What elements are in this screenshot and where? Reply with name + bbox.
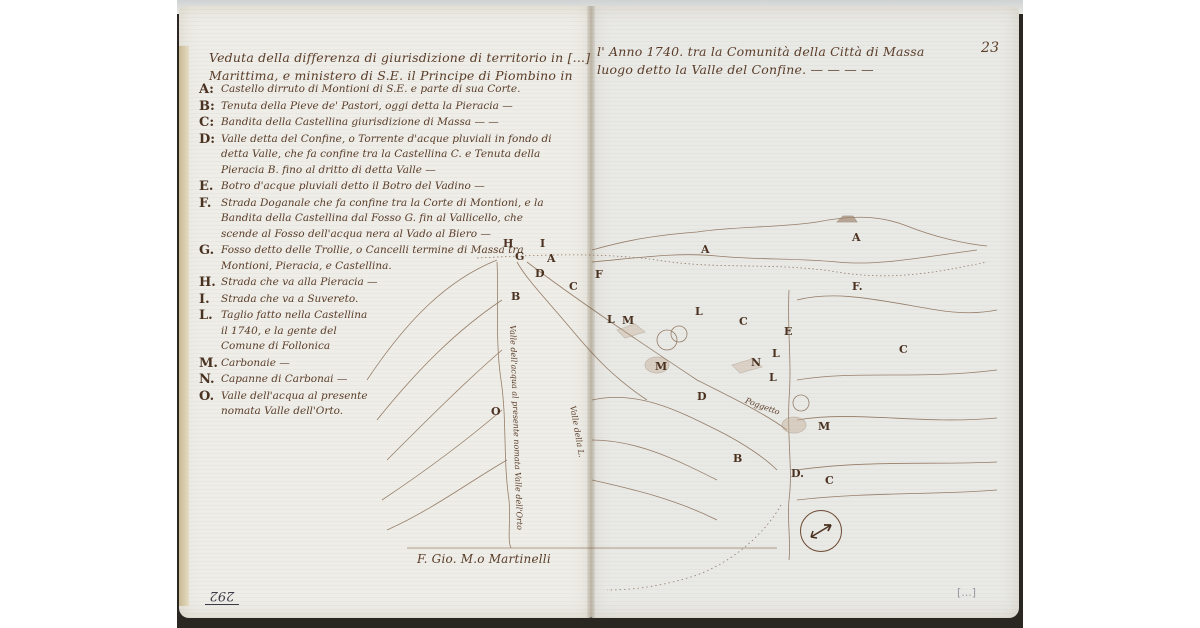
legend-item: E. Botro d'acque pluviali detto il Botro… <box>199 179 559 195</box>
legend-item: D: Valle detta del Confine, o Torrente d… <box>199 132 559 179</box>
legend-key: L. <box>199 308 221 323</box>
map-label-L1: L <box>772 347 780 360</box>
map-label-O: O <box>491 405 501 418</box>
compass-rose <box>800 510 842 552</box>
legend-item: B: Tenuta della Pieve de' Pastori, oggi … <box>199 99 559 115</box>
legend-key: C: <box>199 115 221 130</box>
legend-text: Valle detta del Confine, o Torrente d'ac… <box>221 132 559 179</box>
header-line-1-left: Veduta della differenza di giurisdizione… <box>209 50 590 65</box>
legend-text: Bandita della Castellina giurisdizione d… <box>221 115 499 131</box>
legend-item: C: Bandita della Castellina giurisdizion… <box>199 115 559 131</box>
map-label-D-low: D. <box>791 467 804 480</box>
legend-text: Tenuta della Pieve de' Pastori, oggi det… <box>221 99 513 115</box>
legend-item: H. Strada che va alla Pieracia — <box>199 275 559 291</box>
header-line-2-left: Marittima, e ministero di S.E. il Princi… <box>209 68 573 83</box>
legend-key: F. <box>199 196 221 211</box>
open-manuscript-book: Veduta della differenza di giurisdizione… <box>177 0 1023 628</box>
map-label-D-mid: D <box>697 390 707 403</box>
map-label-M1: M <box>622 314 634 327</box>
header-line-1-right: l' Anno 1740. tra la Comunità della Citt… <box>597 44 925 59</box>
legend-key: N. <box>199 372 221 387</box>
map-label-C-top: C <box>569 280 578 293</box>
map-label-M3: M <box>818 420 830 433</box>
map-label-I: I <box>540 237 545 250</box>
legend-item: M. Carbonaie — <box>199 356 374 372</box>
map-label-A-small: A <box>547 252 556 265</box>
legend-item: N. Capanne di Carbonai — <box>199 372 374 388</box>
map-label-B-left: B <box>511 290 520 303</box>
legend-key: A: <box>199 82 221 97</box>
legend-text: Capanne di Carbonai — <box>221 372 347 388</box>
legend-key: E. <box>199 179 221 194</box>
map-label-C-mid: C <box>739 315 748 328</box>
legend-text: Carbonaie — <box>221 356 290 372</box>
legend-key: B: <box>199 99 221 114</box>
legend-item: A: Castello dirruto di Montioni di S.E. … <box>199 82 559 98</box>
header-line-2-right: luogo detto la Valle del Confine. — — — … <box>597 62 874 77</box>
map-label-A-castle: A <box>852 231 861 244</box>
legend-item: F. Strada Doganale che fa confine tra la… <box>199 196 559 243</box>
legend-text: Strada Doganale che fa confine tra la Co… <box>221 196 559 243</box>
map-label-L4: L <box>769 371 777 384</box>
legend-key: M. <box>199 356 221 371</box>
map-label-D-top: D <box>535 267 545 280</box>
legend-key: H. <box>199 275 221 290</box>
map-label-L3: L <box>695 305 703 318</box>
legend-text: Castello dirruto di Montioni di S.E. e p… <box>221 82 520 98</box>
map-label-L2: L <box>607 313 615 326</box>
map-label-M2: M <box>655 360 667 373</box>
legend-text: Valle dell'acqua al presente nomata Vall… <box>221 389 374 420</box>
map-label-C-low: C <box>825 474 834 487</box>
map-label-A-hill: A <box>701 243 710 256</box>
compass-arrow-icon <box>801 511 841 551</box>
legend-text: Taglio fatto nella Castellina il 1740, e… <box>221 308 374 355</box>
folio-number: 23 <box>981 40 999 56</box>
map-legend: A: Castello dirruto di Montioni di S.E. … <box>199 82 559 421</box>
legend-text: Strada che va alla Pieracia — <box>221 275 378 291</box>
legend-key: D: <box>199 132 221 147</box>
map-label-G: G <box>515 250 524 263</box>
map-label-C-right: C <box>899 343 908 356</box>
legend-item: I. Strada che va a Suvereto. <box>199 292 559 308</box>
map-label-N: N <box>751 356 761 369</box>
map-label-H: H <box>503 237 513 250</box>
inventory-mark: [...] <box>957 586 976 599</box>
legend-item: L. Taglio fatto nella Castellina il 1740… <box>199 308 374 355</box>
map-label-B-low: B <box>733 452 742 465</box>
map-label-F-left: F <box>595 268 603 281</box>
page-number: 292 <box>205 588 239 605</box>
legend-key: O. <box>199 389 221 404</box>
legend-text: Strada che va a Suvereto. <box>221 292 358 308</box>
map-label-F-road: F. <box>852 280 863 293</box>
book-spine <box>587 6 595 618</box>
legend-key: I. <box>199 292 221 307</box>
legend-key: G. <box>199 243 221 258</box>
map-label-E: E <box>784 325 792 338</box>
left-page: Veduta della differenza di giurisdizione… <box>179 6 591 618</box>
author-signature: F. Gio. M.o Martinelli <box>417 552 551 566</box>
page-stubs-edge <box>179 46 189 606</box>
legend-text: Botro d'acque pluviali detto il Botro de… <box>221 179 485 195</box>
legend-item: O. Valle dell'acqua al presente nomata V… <box>199 389 374 420</box>
